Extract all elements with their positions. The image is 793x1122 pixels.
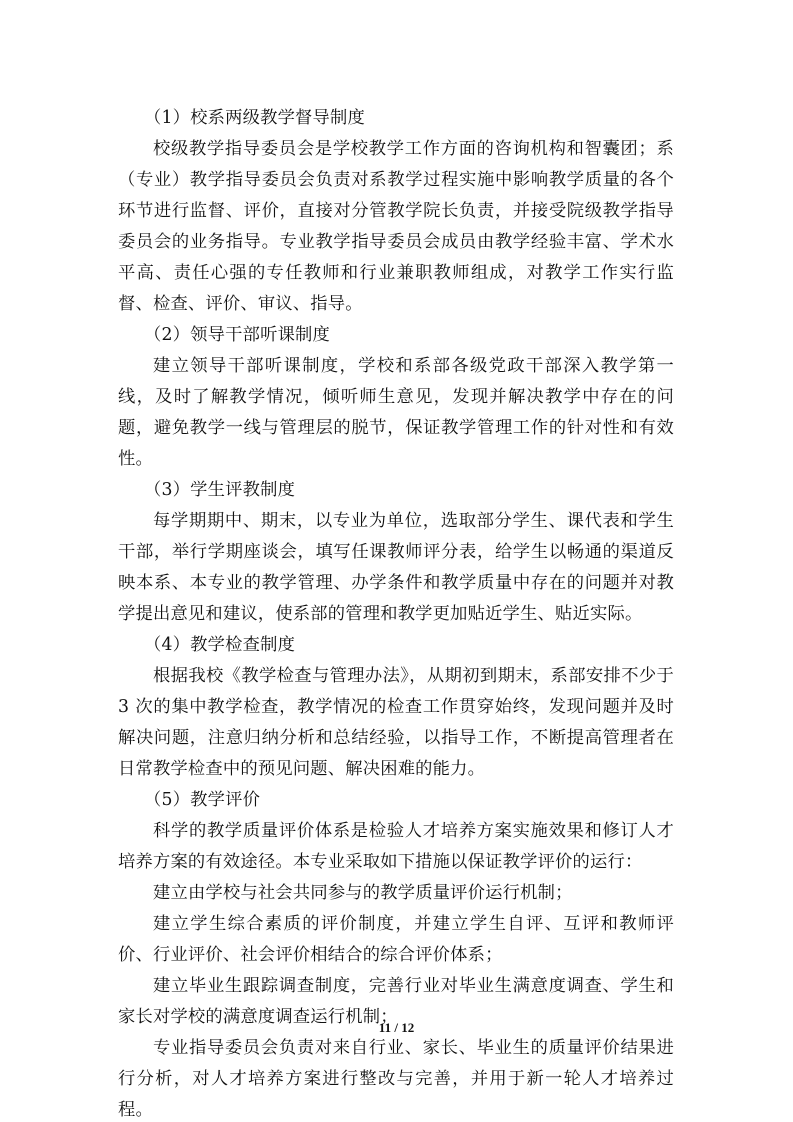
paragraph-leader-lecture-attendance: 建立领导干部听课制度，学校和系部各级党政干部深入教学第一线，及时了解教学情况，倾… bbox=[118, 351, 674, 475]
paragraph-teaching-inspection: 根据我校《教学检查与管理办法》，从期初到期末，系部安排不少于 3 次的集中教学检… bbox=[118, 661, 674, 785]
section-heading-1: （1）校系两级教学督导制度 bbox=[118, 103, 674, 134]
document-page-body: （1）校系两级教学督导制度 校级教学指导委员会是学校教学工作方面的咨询机构和智囊… bbox=[118, 103, 674, 1122]
paragraph-evaluation-intro: 科学的教学质量评价体系是检验人才培养方案实施效果和修订人才培养方案的有效途径。本… bbox=[118, 816, 674, 878]
paragraph-evaluation-mechanism: 建立由学校与社会共同参与的教学质量评价运行机制； bbox=[118, 878, 674, 909]
paragraph-committee-analysis: 专业指导委员会负责对来自行业、家长、毕业生的质量评价结果进行分析，对人才培养方案… bbox=[118, 1033, 674, 1122]
section-heading-4: （4）教学检查制度 bbox=[118, 630, 674, 661]
paragraph-evaluation-system: 建立学生综合素质的评价制度，并建立学生自评、互评和教师评价、行业评价、社会评价相… bbox=[118, 909, 674, 971]
section-heading-2: （2）领导干部听课制度 bbox=[118, 320, 674, 351]
paragraph-teaching-supervision: 校级教学指导委员会是学校教学工作方面的咨询机构和智囊团；系（专业）教学指导委员会… bbox=[118, 134, 674, 320]
section-heading-5: （5）教学评价 bbox=[118, 785, 674, 816]
section-heading-3: （3）学生评教制度 bbox=[118, 475, 674, 506]
paragraph-student-evaluation: 每学期期中、期末，以专业为单位，选取部分学生、课代表和学生干部，举行学期座谈会，… bbox=[118, 506, 674, 630]
page-number: 11 / 12 bbox=[0, 1020, 793, 1036]
